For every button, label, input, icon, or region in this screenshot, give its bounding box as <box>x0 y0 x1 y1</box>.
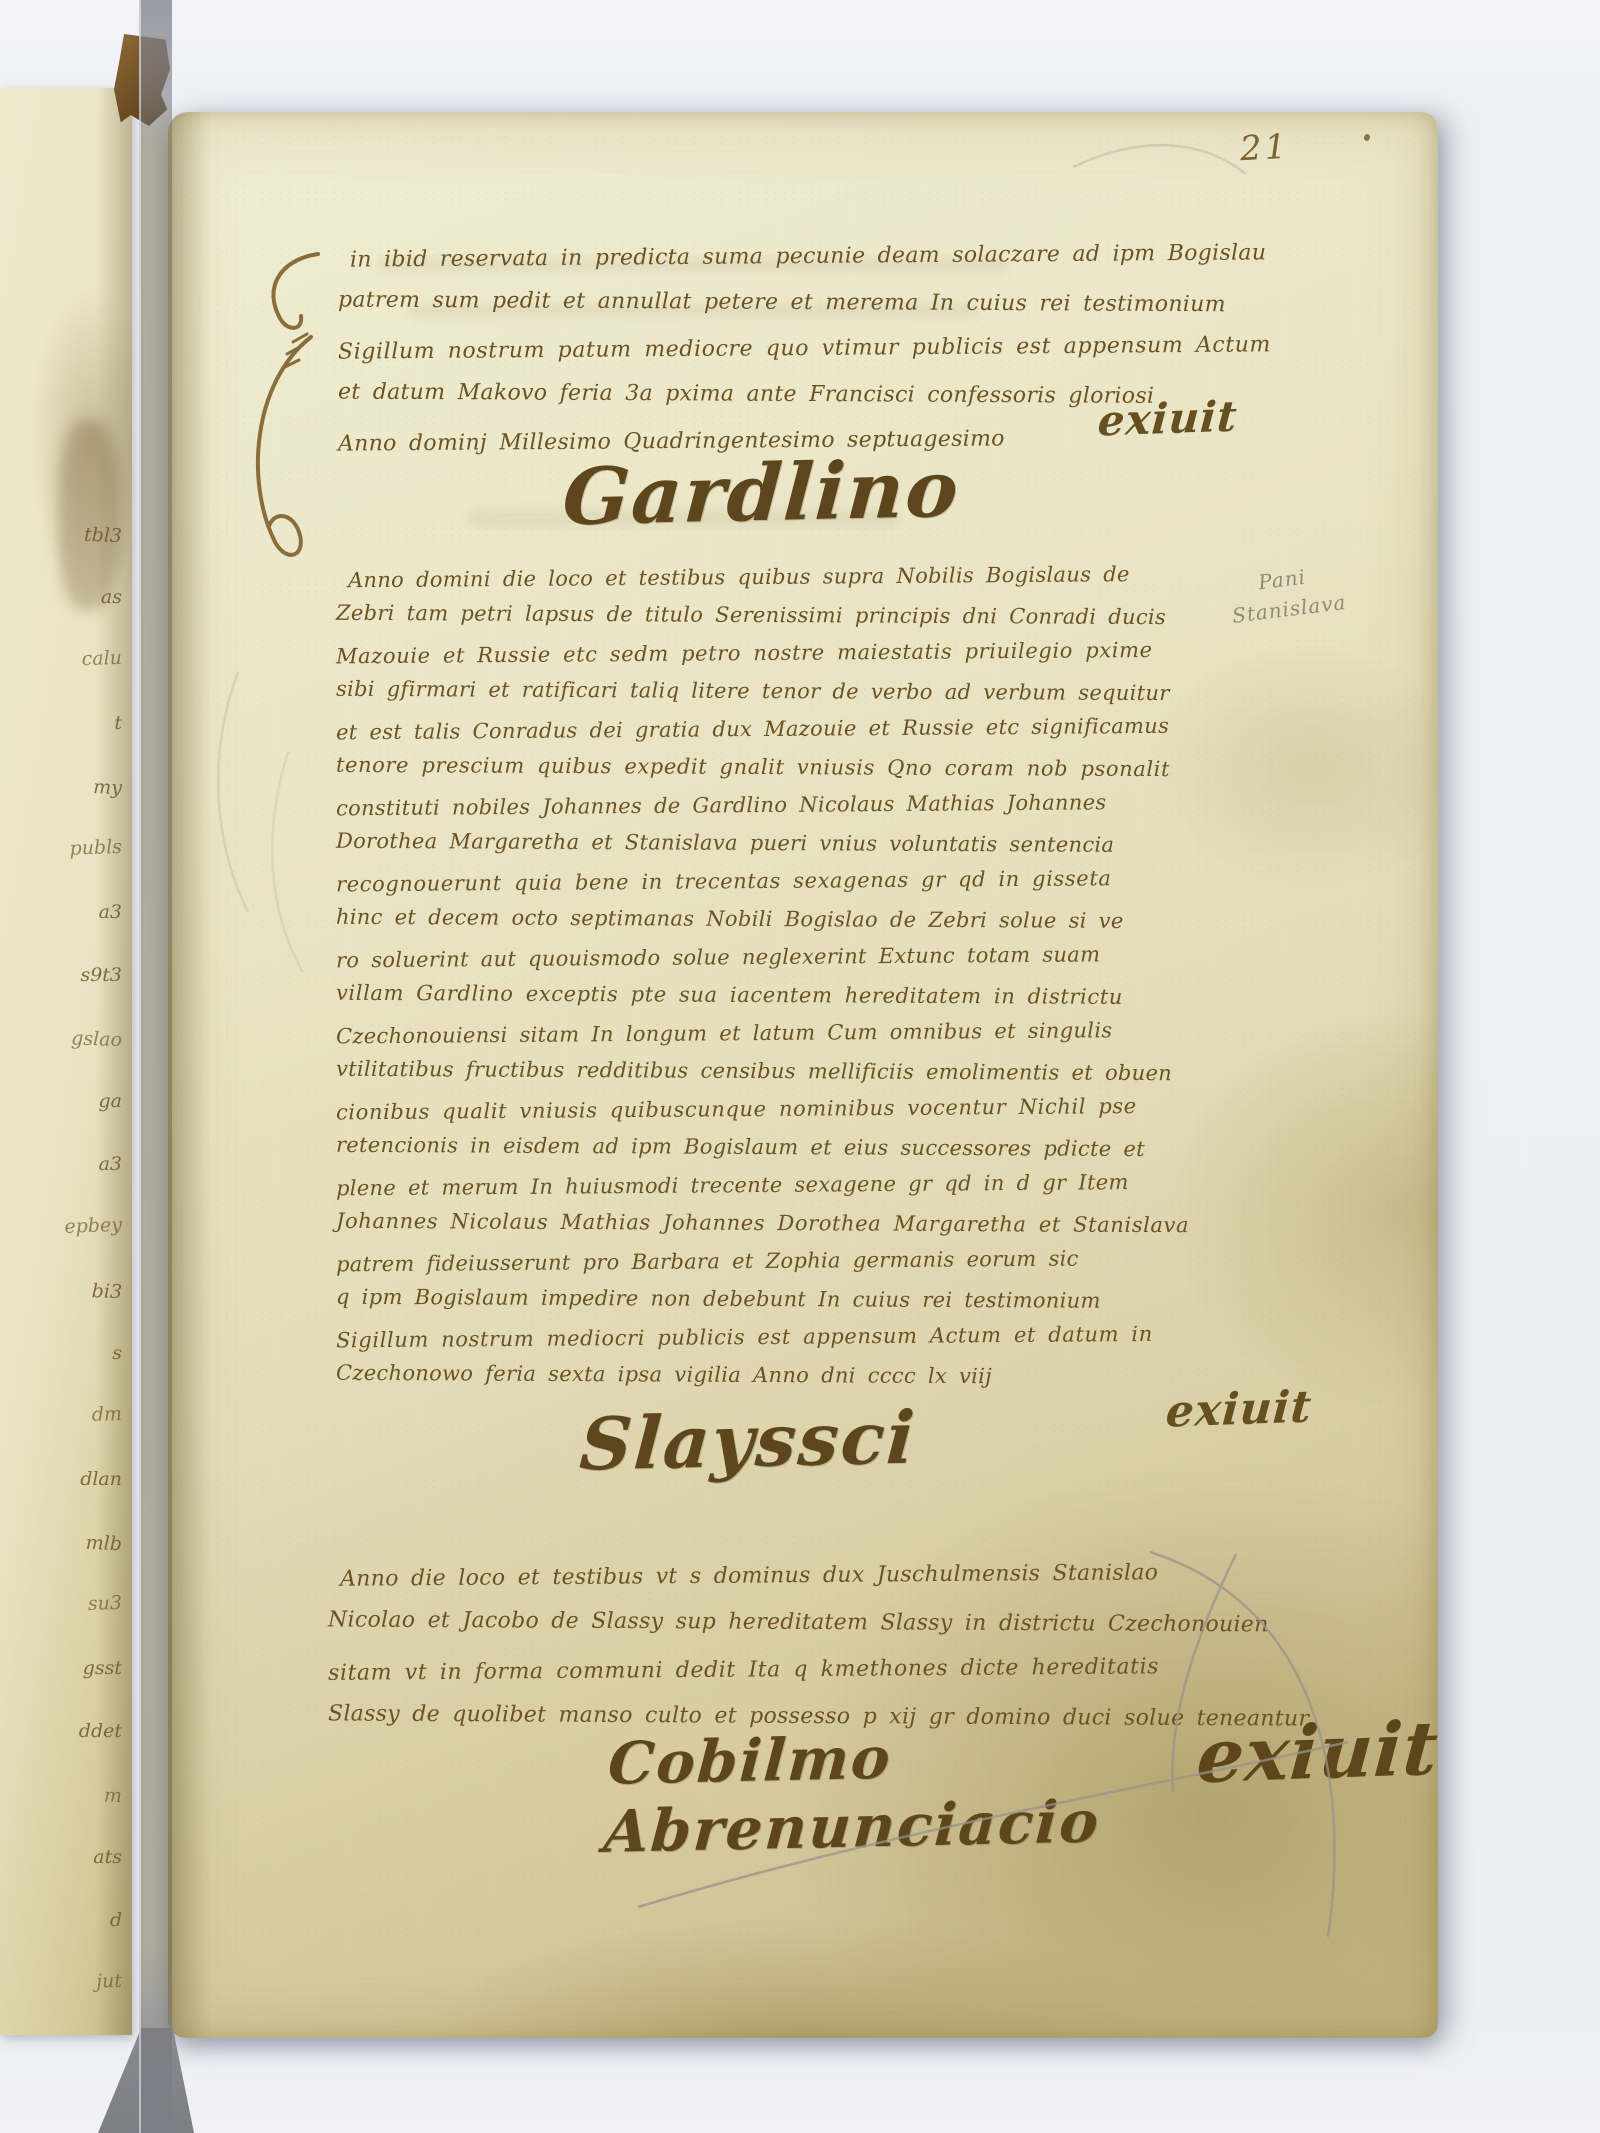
text-fragment: mlb <box>0 1509 123 1576</box>
text-fragment: bi3 <box>0 1257 123 1324</box>
text-fragment: epbey <box>0 1194 123 1261</box>
text-fragment: gsst <box>0 1637 122 1700</box>
text-fragment: dm <box>0 1383 123 1450</box>
text-line: vtilitatibus fructibus redditibus censib… <box>336 1050 1189 1092</box>
text-fragment: ats <box>0 1826 122 1889</box>
folio-number: 21 <box>1239 127 1290 170</box>
ink-smudge <box>58 420 120 610</box>
text-line: Sigillum nostrum patum mediocre quo vtim… <box>338 322 1271 375</box>
text-line: Anno domini die loco et testibus quibus … <box>336 555 1189 600</box>
ink-flourish <box>223 242 353 582</box>
text-fragment: m <box>0 1761 123 1828</box>
text-line: sibi gfirmari et ratificari taliq litere… <box>336 670 1189 712</box>
text-line: constituti nobiles Johannes de Gardlino … <box>336 783 1189 828</box>
facing-page-line-endings: tbl3ascalutmypublsa3s9t3gslaogaa3epbeybi… <box>0 503 132 2015</box>
text-fragment: as <box>0 566 122 629</box>
text-fragment: a3 <box>0 881 122 944</box>
text-line: Czechonouiensi sitam In longum et latum … <box>336 1011 1189 1056</box>
exit-mark: exiuit <box>1164 1381 1313 1437</box>
text-fragment: publs <box>0 816 123 883</box>
manuscript-photo: tbl3ascalutmypublsa3s9t3gslaogaa3epbeybi… <box>0 0 1600 2133</box>
text-fragment: calu <box>0 627 123 694</box>
text-line: Anno die loco et testibus vt s dominus d… <box>328 1548 1310 1603</box>
text-line: Nicolao et Jacobo de Slassy sup heredita… <box>328 1596 1309 1648</box>
text-line: patrem sum pedit et annullat petere et m… <box>338 278 1271 329</box>
manuscript-page: 21 in ibid reservata in predicta suma pe… <box>168 112 1438 2038</box>
glass-clamp-strip <box>139 0 172 2133</box>
section-heading-slayssci: Slayssci <box>577 1394 919 1486</box>
text-fragment: ddet <box>0 1700 122 1763</box>
ink-dot <box>1363 133 1371 142</box>
text-fragment: t <box>0 692 122 755</box>
gardlino-paragraph: Anno domini die loco et testibus quibus … <box>336 558 1189 1394</box>
text-line: tenore prescium quibus expedit gnalit vn… <box>336 746 1189 788</box>
text-line: sitam vt in forma communi dedit Ita q km… <box>328 1642 1310 1697</box>
text-fragment: my <box>0 753 123 820</box>
text-fragment: su3 <box>0 1572 123 1639</box>
text-line: Dorothea Margaretha et Stanislava pueri … <box>336 822 1189 864</box>
text-line: et est talis Conradus dei gratia dux Maz… <box>336 707 1189 752</box>
text-fragment: jut <box>0 1950 123 2017</box>
text-line: q ipm Bogislaum impedire non debebunt In… <box>336 1278 1189 1320</box>
text-line: patrem fideiusserunt pro Barbara et Zoph… <box>336 1239 1189 1284</box>
text-fragment: ga <box>0 1070 122 1133</box>
text-fragment: s <box>0 1322 122 1385</box>
text-fragment: dlan <box>0 1448 122 1511</box>
text-line: Johannes Nicolaus Mathias Johannes Dorot… <box>336 1202 1189 1244</box>
text-line: plene et merum In huiusmodi trecente sex… <box>336 1163 1189 1208</box>
text-line: ro soluerint aut quouismodo solue neglex… <box>336 935 1189 980</box>
exit-mark: exiuit <box>1096 391 1239 445</box>
facing-page-edge: tbl3ascalutmypublsa3s9t3gslaogaa3epbeybi… <box>0 88 132 2035</box>
text-line: Sigillum nostrum mediocri publicis est a… <box>336 1315 1189 1360</box>
section-heading-gardlino: Gardlino <box>560 444 963 543</box>
section-heading-cobilmo-row: Cobilmo Abrenunciacio exiuit <box>606 1710 1438 1860</box>
text-line: in ibid reservata in predicta suma pecun… <box>338 230 1271 283</box>
text-fragment: gslao <box>0 1005 123 1072</box>
text-line: retencionis in eisdem ad ipm Bogislaum e… <box>336 1126 1189 1168</box>
text-fragment: tbl3 <box>0 501 123 568</box>
text-fragment: a3 <box>0 1133 122 1196</box>
text-line: cionibus qualit vniusis quibuscunque nom… <box>336 1087 1189 1132</box>
text-line: recognouerunt quia bene in trecentas sex… <box>336 859 1189 904</box>
margin-note: Pani Stanislava <box>1227 557 1348 631</box>
text-fragment: s9t3 <box>0 944 122 1007</box>
text-line: villam Gardlino exceptis pte sua iacente… <box>336 974 1189 1016</box>
text-line: hinc et decem octo septimanas Nobili Bog… <box>336 898 1189 940</box>
text-fragment: d <box>0 1889 122 1952</box>
text-line: Mazouie et Russie etc sedm petro nostre … <box>336 631 1189 676</box>
section-heading-cobilmo: Cobilmo Abrenunciacio <box>602 1718 1164 1866</box>
exit-mark: exiuit <box>1194 1706 1441 1801</box>
text-line: Zebri tam petri lapsus de titulo Serenis… <box>336 594 1189 636</box>
text-line: Czechonowo feria sexta ipsa vigilia Anno… <box>336 1354 1189 1396</box>
